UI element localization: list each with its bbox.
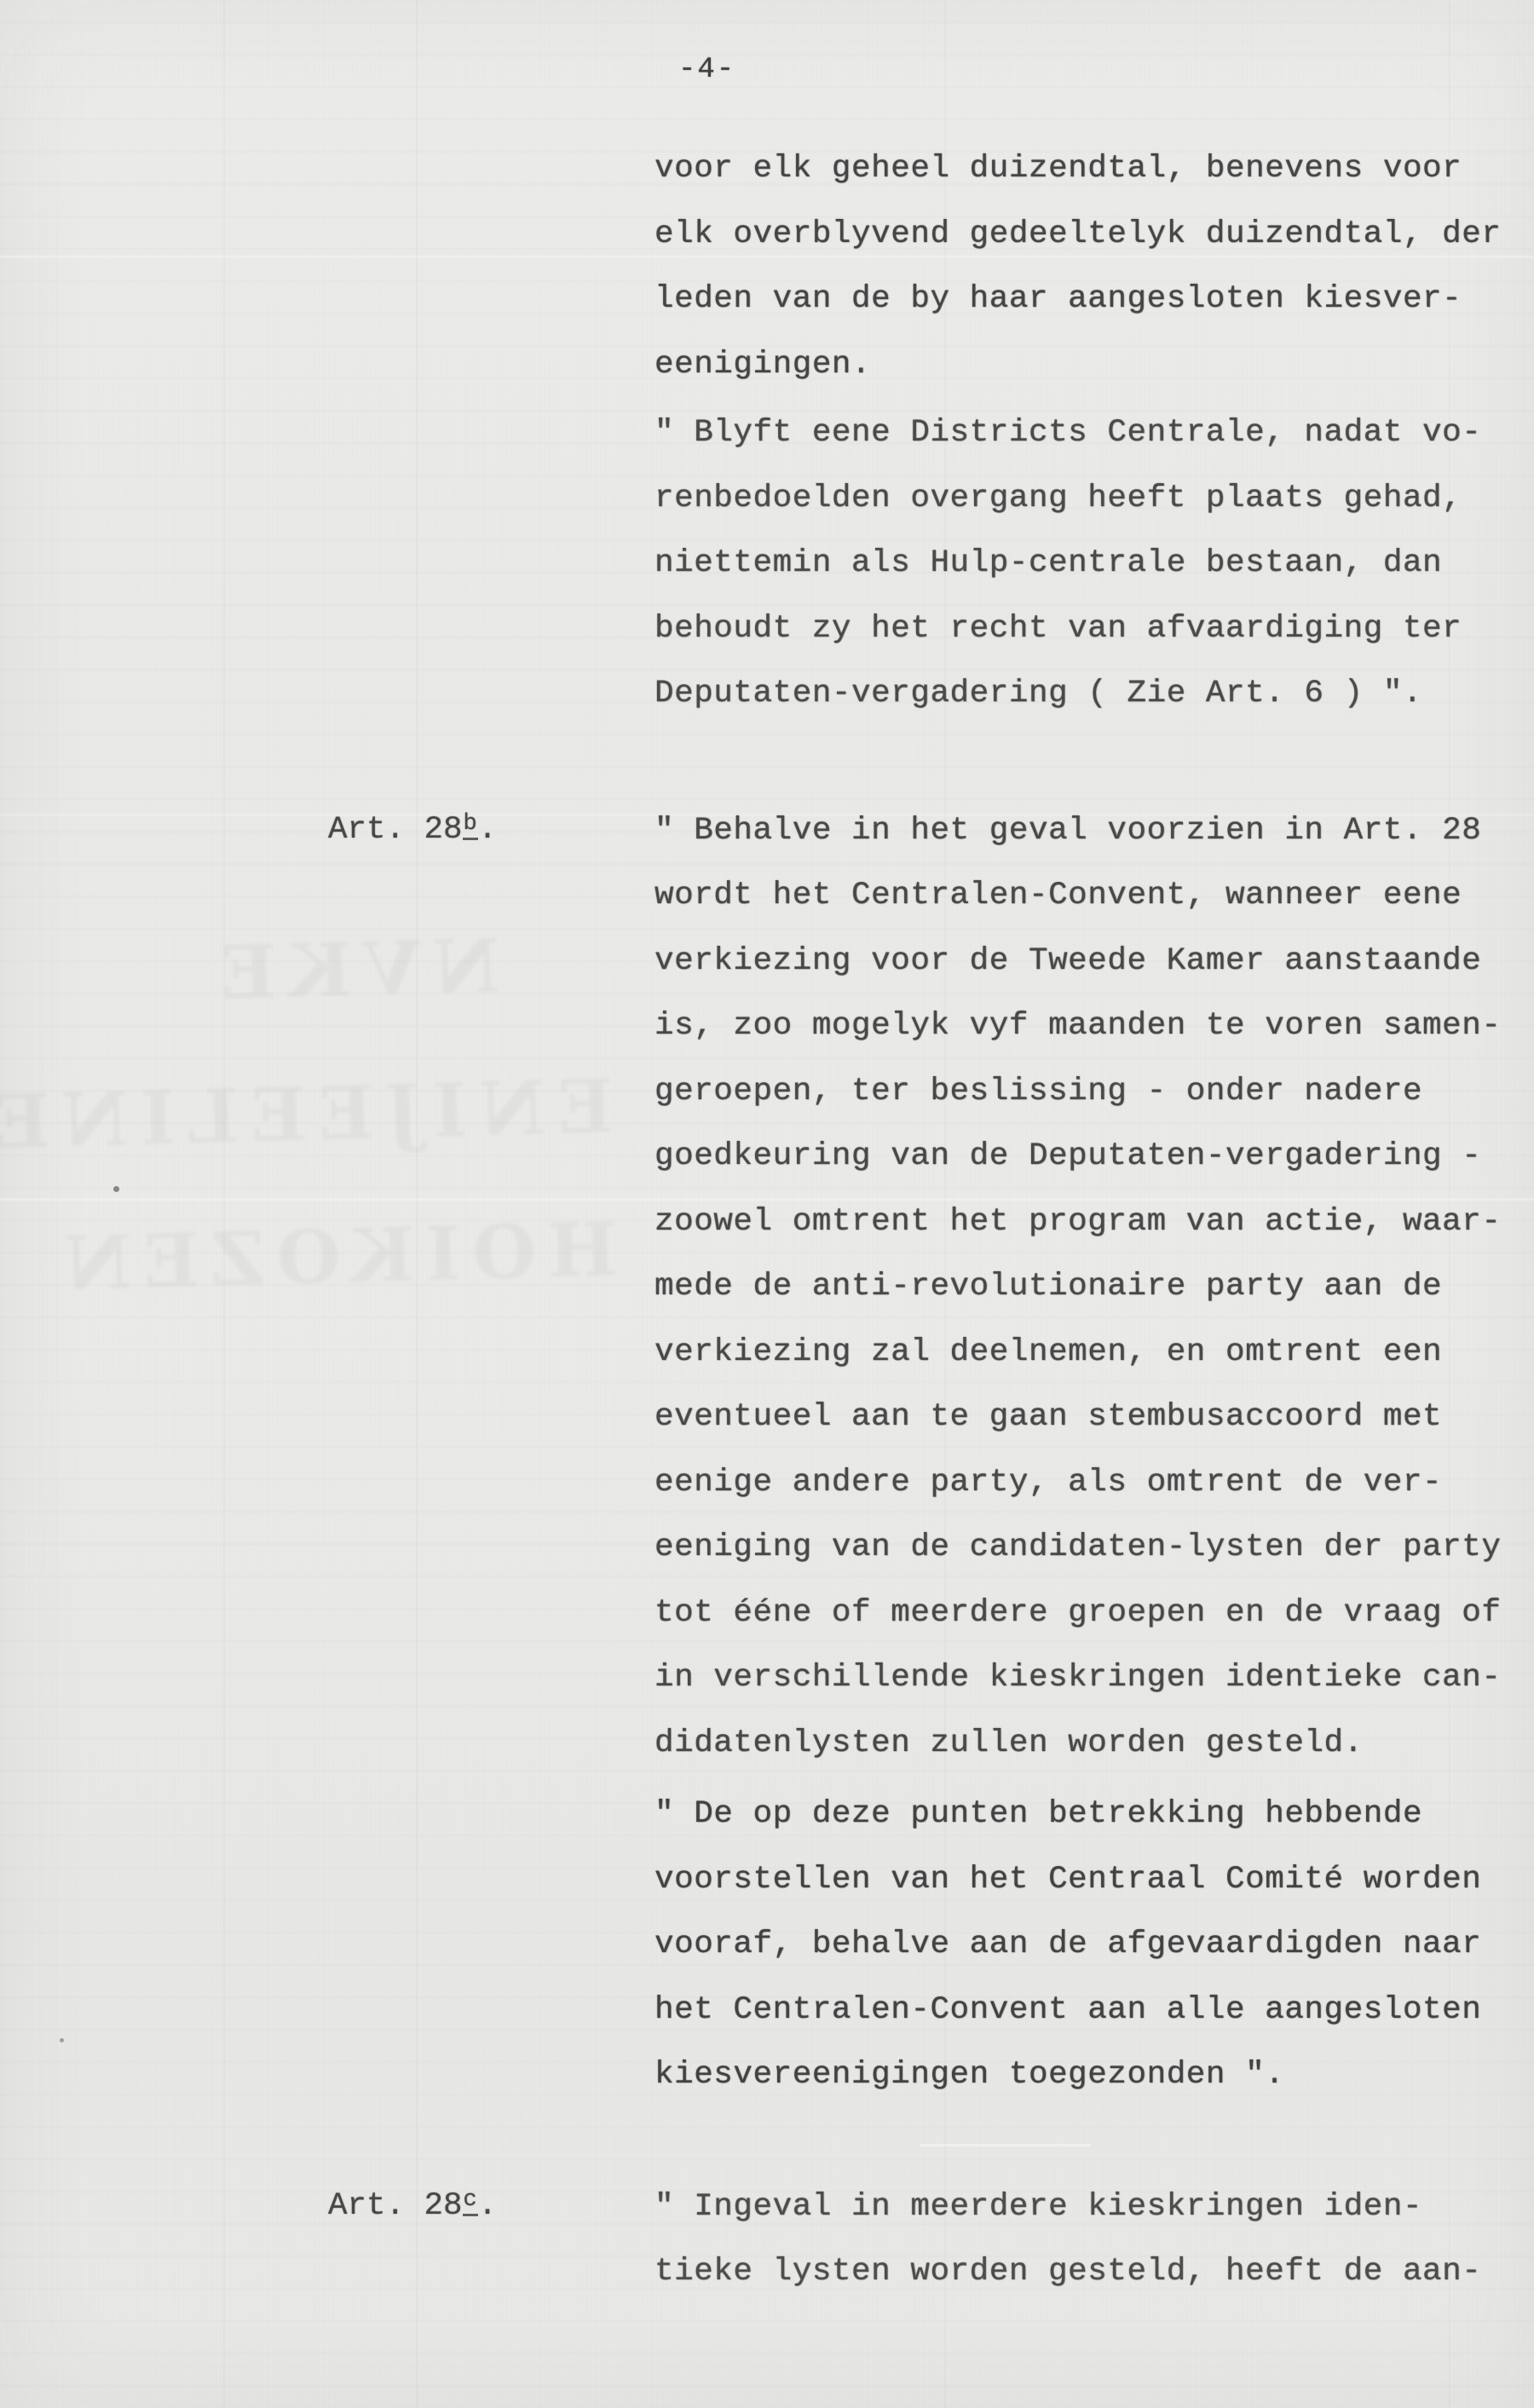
article-label-dot: . bbox=[478, 2188, 498, 2224]
article-label-prefix: Art. 28 bbox=[328, 2188, 463, 2224]
paragraph-art-28c-body: " Ingeval in meerdere kieskringen iden- … bbox=[655, 2175, 1515, 2305]
page-number: -4- bbox=[678, 53, 735, 87]
paragraph-art-28b-body: " Behalve in het geval voorzien in Art. … bbox=[655, 798, 1515, 1777]
ink-speck bbox=[60, 2038, 64, 2042]
paragraph-duizendtal: voor elk geheel duizendtal, benevens voo… bbox=[655, 136, 1515, 397]
article-label-28b: Art. 28b. bbox=[328, 798, 497, 863]
show-through-text: NVKE ENIJEELINE HOIKOZEN bbox=[97, 892, 620, 1335]
paragraph-districts-centrale: " Blyft eene Districts Centrale, nadat v… bbox=[655, 400, 1515, 727]
paragraph-centraal-comite: " De op deze punten betrekking hebbende … bbox=[655, 1782, 1515, 2108]
article-label-28c: Art. 28c. bbox=[328, 2174, 497, 2239]
article-label-superscript: c bbox=[463, 2187, 478, 2216]
article-label-dot: . bbox=[478, 812, 498, 848]
article-label-superscript: b bbox=[463, 811, 478, 840]
article-label-prefix: Art. 28 bbox=[328, 812, 463, 848]
typed-text-column: voor elk geheel duizendtal, benevens voo… bbox=[655, 136, 1515, 2305]
